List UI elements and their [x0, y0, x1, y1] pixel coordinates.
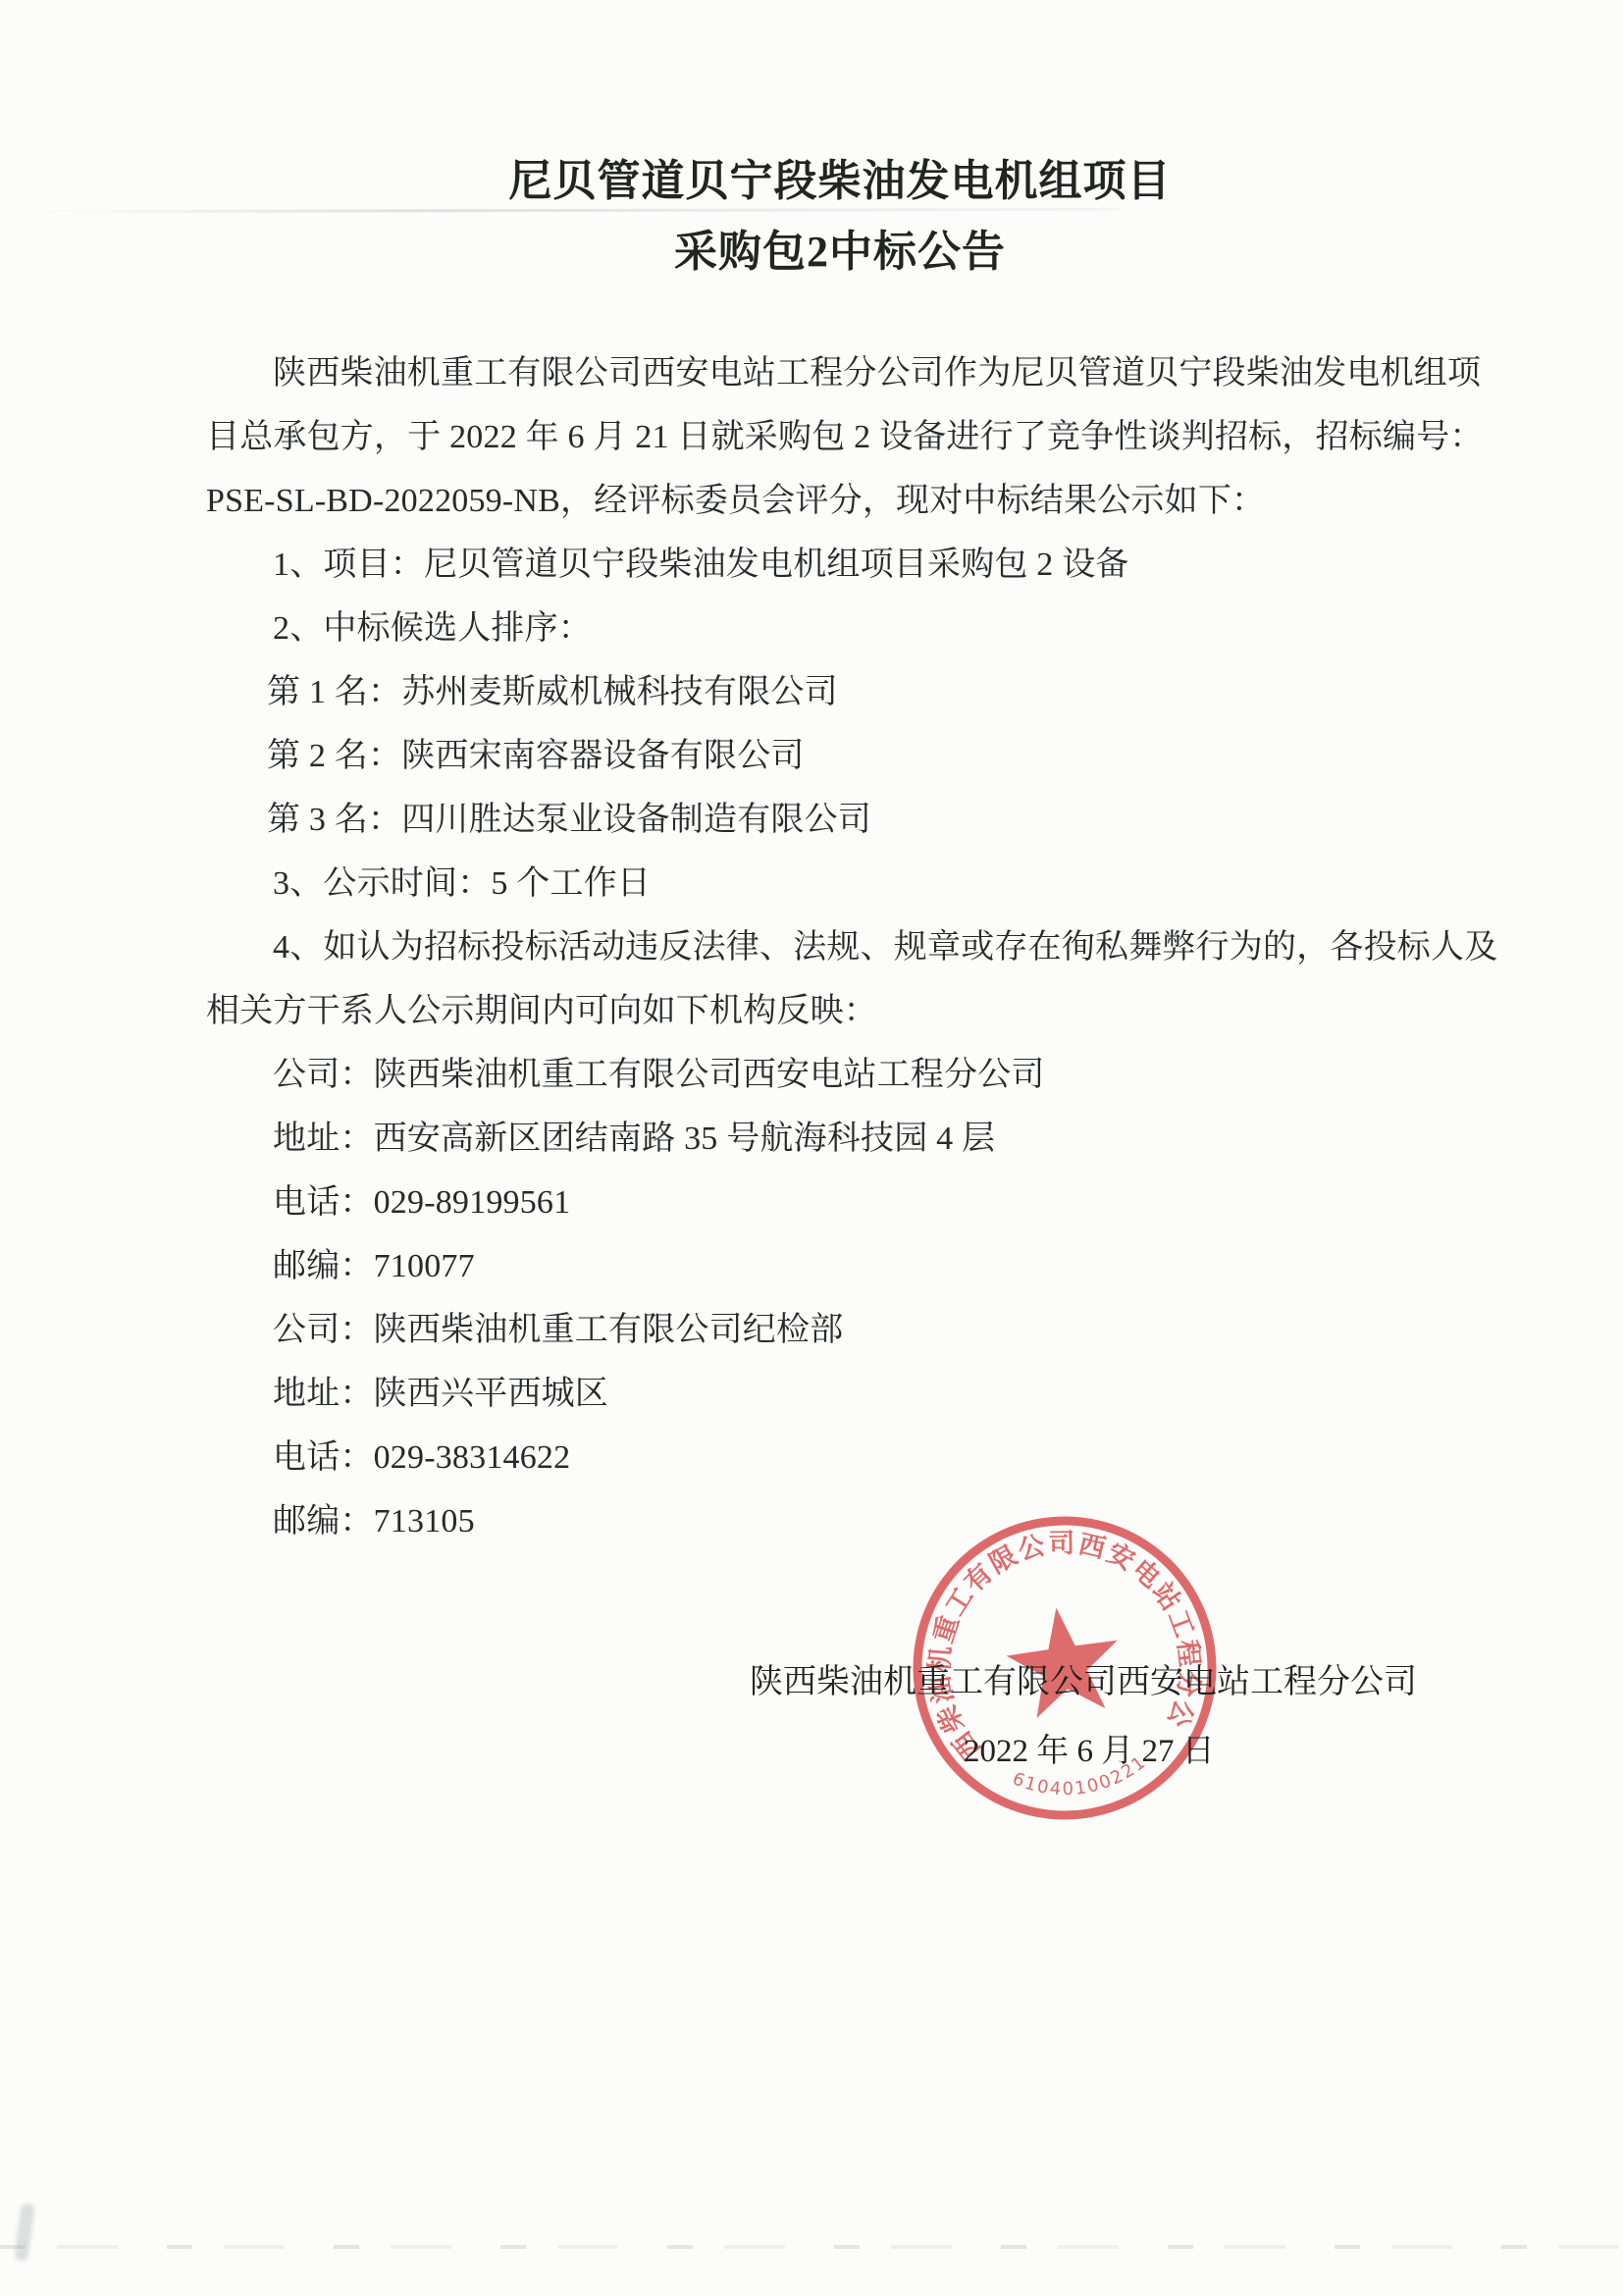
body-line: 公司：陕西柴油机重工有限公司西安电站工程分公司 — [206, 1043, 1495, 1107]
body-line: 地址：陕西兴平西城区 — [206, 1362, 1495, 1426]
scan-artifact-speck — [14, 2203, 35, 2261]
body-line: 陕西柴油机重工有限公司西安电站工程分公司作为尼贝管道贝宁段柴油发电机组项 — [206, 341, 1495, 405]
document-title: 尼贝管道贝宁段柴油发电机组项目 采购包2中标公告 — [0, 146, 1623, 287]
body-line: 电话：029-89199561 — [206, 1171, 1495, 1234]
body-line: 相关方干系人公示期间内可向如下机构反映： — [206, 979, 1495, 1043]
body-line: 电话：029-38314622 — [206, 1426, 1495, 1489]
scan-artifact-band — [0, 2245, 1623, 2249]
scanned-announcement-page: 尼贝管道贝宁段柴油发电机组项目 采购包2中标公告 陕西柴油机重工有限公司西安电站… — [0, 0, 1623, 2296]
body-line: PSE-SL-BD-2022059-NB，经评标委员会评分，现对中标结果公示如下… — [206, 469, 1495, 533]
body-line: 邮编：710077 — [206, 1234, 1495, 1298]
document-body: 陕西柴油机重工有限公司西安电站工程分公司作为尼贝管道贝宁段柴油发电机组项目总承包… — [206, 341, 1495, 1553]
body-line: 第 2 名：陕西宋南容器设备有限公司 — [206, 724, 1495, 788]
body-line: 2、中标候选人排序： — [206, 597, 1495, 660]
signature-company-name: 陕西柴油机重工有限公司西安电站工程分公司 — [750, 1662, 1417, 1703]
document-title-line2: 采购包2中标公告 — [57, 217, 1623, 287]
body-line: 第 1 名：苏州麦斯威机械科技有限公司 — [206, 660, 1495, 724]
body-line: 第 3 名：四川胜达泵业设备制造有限公司 — [206, 788, 1495, 852]
body-line: 公司：陕西柴油机重工有限公司纪检部 — [206, 1298, 1495, 1362]
signature-date: 2022 年 6 月 27 日 — [964, 1731, 1215, 1772]
body-line: 目总承包方，于 2022 年 6 月 21 日就采购包 2 设备进行了竞争性谈判… — [206, 405, 1495, 469]
document-title-line1: 尼贝管道贝宁段柴油发电机组项目 — [57, 146, 1623, 217]
body-line: 邮编：713105 — [206, 1489, 1495, 1553]
body-line: 4、如认为招标投标活动违反法律、法规、规章或存在徇私舞弊行为的，各投标人及 — [206, 915, 1495, 979]
body-line: 3、公示时间：5 个工作日 — [206, 852, 1495, 915]
body-line: 地址：西安高新区团结南路 35 号航海科技园 4 层 — [206, 1107, 1495, 1171]
body-line: 1、项目：尼贝管道贝宁段柴油发电机组项目采购包 2 设备 — [206, 533, 1495, 597]
